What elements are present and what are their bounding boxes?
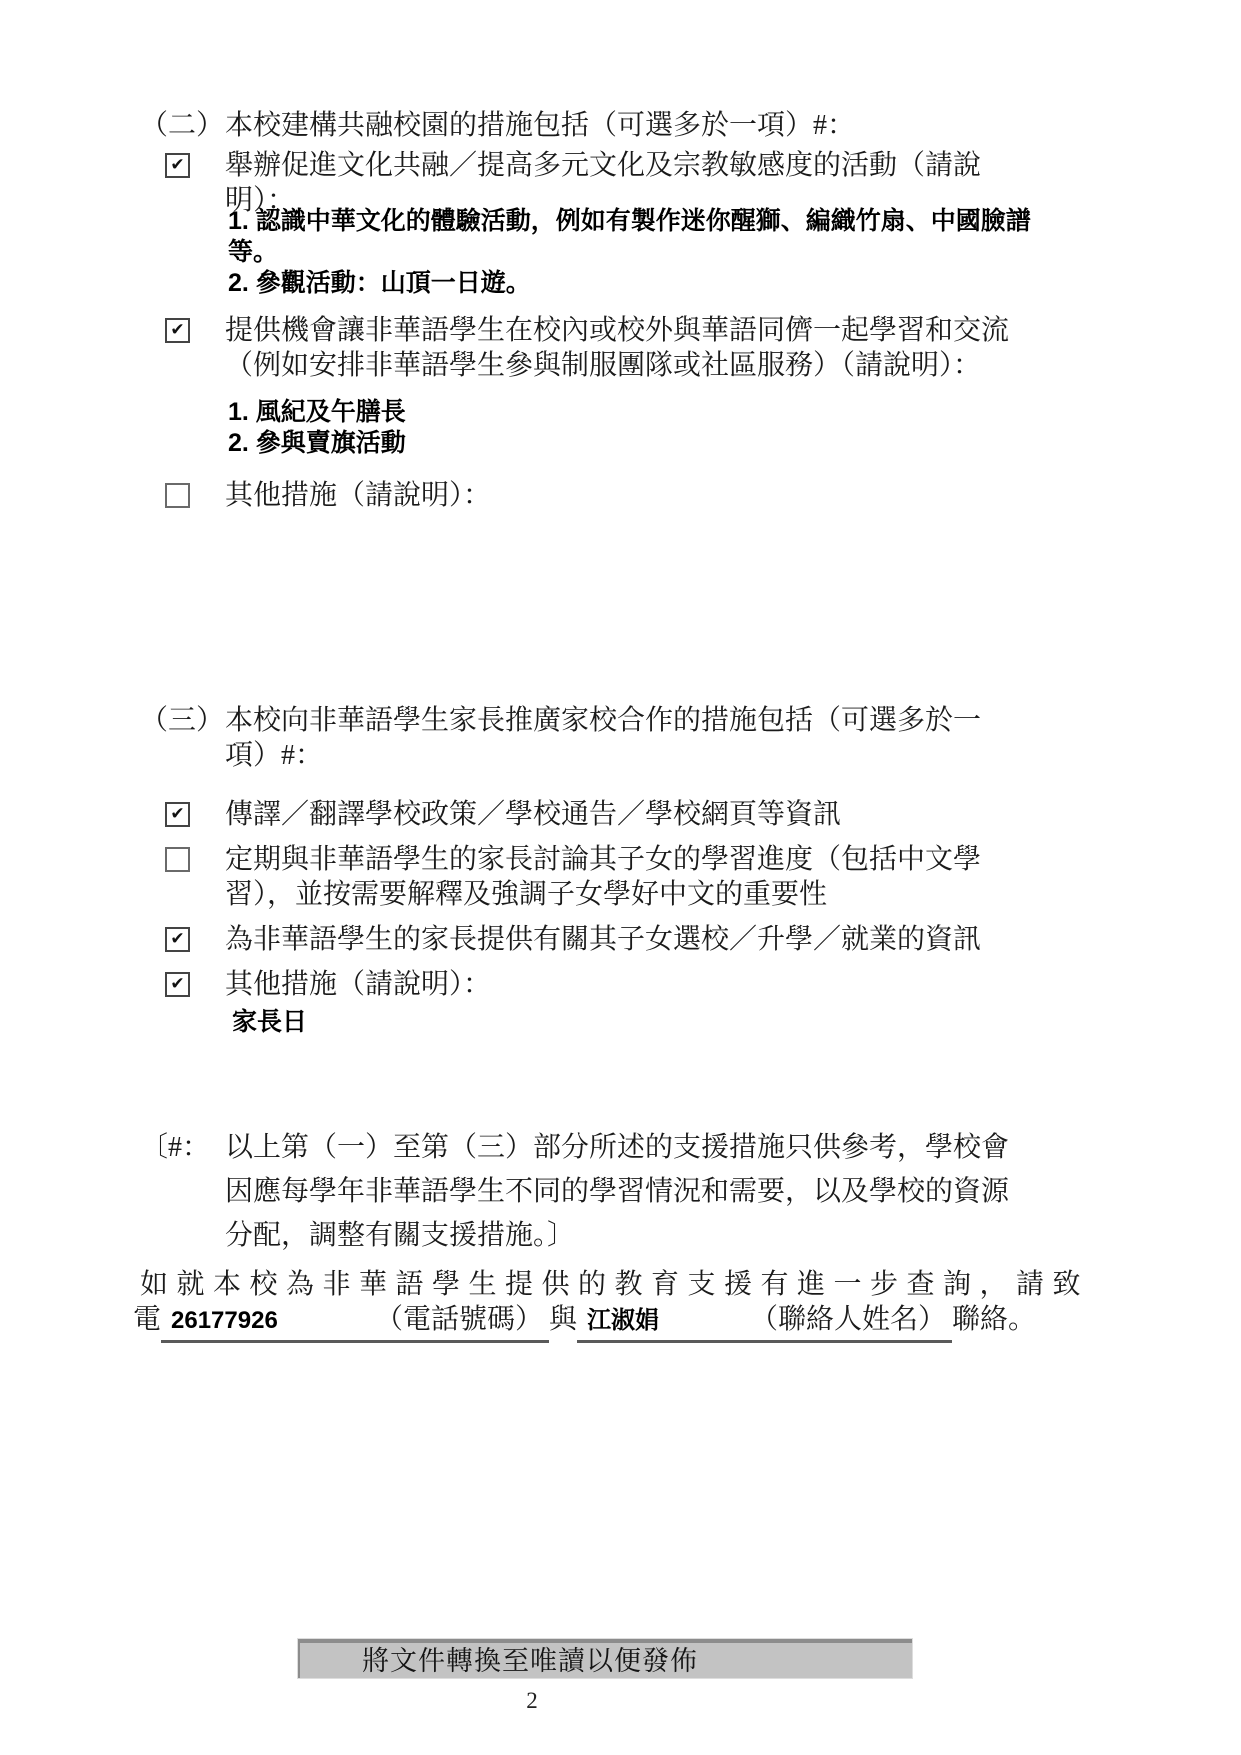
item-text: 其他措施（請說明）： bbox=[225, 967, 491, 1002]
phone-value: 26177926 bbox=[171, 1307, 278, 1335]
section-3-heading-row: （三） 本校向非華語學生家長推廣家校合作的措施包括（可選多於一 項）#： bbox=[140, 703, 1130, 773]
item-text-line: 定期與非華語學生的家長討論其子女的學習進度（包括中文學 bbox=[225, 842, 981, 877]
section-2-item-3: 其他措施（請說明）： bbox=[140, 478, 1130, 513]
phone-field[interactable]: 26177926（電話號碼） bbox=[161, 1297, 549, 1343]
contact-detail-line: 電26177926（電話號碼）與江淑娟（聯絡人姓名）聯絡。 bbox=[133, 1297, 1123, 1343]
contact-prefix: 電 bbox=[133, 1304, 161, 1335]
checkbox-progress-discussion[interactable] bbox=[165, 847, 190, 872]
answer-line: 2. 參觀活動：山頂一日遊。 bbox=[228, 268, 988, 299]
item-text: 其他措施（請說明）： bbox=[225, 478, 491, 513]
checkbox-cell: ✔ bbox=[140, 313, 225, 343]
checkbox-cell: ✔ bbox=[140, 797, 225, 827]
convert-readonly-button[interactable]: 將文件轉換至唯讀以便發佈 bbox=[297, 1638, 913, 1679]
item-text-line: 其他措施（請說明）： bbox=[225, 967, 491, 1002]
item-text-line: 傳譯／翻譯學校政策／學校通告／學校網頁等資訊 bbox=[225, 797, 841, 832]
footnote-line: 以上第（一）至第（三）部分所述的支援措施只供參考，學校會 bbox=[225, 1126, 1009, 1170]
contact-intro: 如就本校為非華語學生提供的教育支援有進一步查詢，請致 bbox=[140, 1262, 1130, 1302]
checkbox-translation[interactable]: ✔ bbox=[165, 802, 190, 827]
item-text-line: 為非華語學生的家長提供有關其子女選校／升學／就業的資訊 bbox=[225, 922, 981, 957]
document-page: （二） 本校建構共融校園的措施包括（可選多於一項）#： ✔ 舉辦促進文化共融／提… bbox=[0, 0, 1241, 1755]
item-text-line: 舉辦促進文化共融／提高多元文化及宗教敏感度的活動（請說 bbox=[225, 148, 981, 183]
checkbox-cell: ✔ bbox=[140, 922, 225, 952]
section-3-item-4: ✔ 其他措施（請說明）： bbox=[140, 967, 1130, 1002]
phone-field-label: （電話號碼） bbox=[375, 1297, 543, 1337]
item-text-line: 提供機會讓非華語學生在校內或校外與華語同儕一起學習和交流 bbox=[225, 313, 1009, 348]
checkmark-icon: ✔ bbox=[170, 322, 184, 339]
item-1-answers: 1. 認識中華文化的體驗活動，例如有製作迷你醒獅、編織竹扇、中國臉譜 等。 2.… bbox=[228, 206, 988, 299]
contact-connector: 與 bbox=[549, 1304, 577, 1335]
contact-name-value: 江淑娟 bbox=[587, 1300, 659, 1335]
section-2-item-2: ✔ 提供機會讓非華語學生在校內或校外與華語同儕一起學習和交流 （例如安排非華語學… bbox=[140, 313, 1130, 383]
checkbox-school-career-info[interactable]: ✔ bbox=[165, 927, 190, 952]
checkmark-icon: ✔ bbox=[170, 806, 184, 823]
item-text: 為非華語學生的家長提供有關其子女選校／升學／就業的資訊 bbox=[225, 922, 981, 957]
section-3-item-1: ✔ 傳譯／翻譯學校政策／學校通告／學校網頁等資訊 bbox=[140, 797, 1130, 832]
checkmark-icon: ✔ bbox=[170, 157, 184, 174]
checkmark-icon: ✔ bbox=[170, 931, 184, 948]
footnote-line: 分配，調整有關支援措施。〕 bbox=[225, 1214, 1009, 1258]
answer-line: 2. 參與賣旗活動 bbox=[228, 428, 988, 459]
answer-line: 1. 認識中華文化的體驗活動，例如有製作迷你醒獅、編織竹扇、中國臉譜 bbox=[228, 206, 988, 237]
item-text: 定期與非華語學生的家長討論其子女的學習進度（包括中文學 習），並按需要解釋及強調… bbox=[225, 842, 981, 912]
checkbox-cell: ✔ bbox=[140, 967, 225, 997]
contact-name-field[interactable]: 江淑娟（聯絡人姓名） bbox=[577, 1297, 952, 1343]
item-4-answer: 家長日 bbox=[232, 1007, 932, 1038]
section-2-heading-row: （二） 本校建構共融校園的措施包括（可選多於一項）#： bbox=[140, 108, 1130, 143]
item-text-line: 其他措施（請說明）： bbox=[225, 478, 491, 513]
checkbox-cell: ✔ bbox=[140, 148, 225, 178]
section-3-item-3: ✔ 為非華語學生的家長提供有關其子女選校／升學／就業的資訊 bbox=[140, 922, 1130, 957]
item-2-answers: 1. 風紀及午膳長 2. 參與賣旗活動 bbox=[228, 397, 988, 459]
checkbox-cell bbox=[140, 842, 225, 872]
answer-line: 1. 風紀及午膳長 bbox=[228, 397, 988, 428]
section-2-label: （二） bbox=[140, 108, 225, 143]
footnote-label: 〔#： bbox=[140, 1126, 225, 1170]
item-text-line: 習），並按需要解釋及強調子女學好中文的重要性 bbox=[225, 877, 981, 912]
checkbox-cell bbox=[140, 478, 225, 508]
section-3-heading: 本校向非華語學生家長推廣家校合作的措施包括（可選多於一 項）#： bbox=[225, 703, 981, 773]
section-2-heading: 本校建構共融校園的措施包括（可選多於一項）#： bbox=[225, 108, 855, 143]
footnote-line: 因應每學年非華語學生不同的學習情況和需要，以及學校的資源 bbox=[225, 1170, 1009, 1214]
checkbox-peer-learning[interactable]: ✔ bbox=[165, 318, 190, 343]
checkmark-icon: ✔ bbox=[170, 976, 184, 993]
heading-line: 項）#： bbox=[225, 738, 981, 773]
checkbox-other-measures-s2[interactable] bbox=[165, 483, 190, 508]
checkbox-cultural-activities[interactable]: ✔ bbox=[165, 153, 190, 178]
contact-name-field-label: （聯絡人姓名） bbox=[750, 1297, 946, 1337]
footnote: 〔#： 以上第（一）至第（三）部分所述的支援措施只供參考，學校會 因應每學年非華… bbox=[140, 1126, 1130, 1258]
section-3-item-2: 定期與非華語學生的家長討論其子女的學習進度（包括中文學 習），並按需要解釋及強調… bbox=[140, 842, 1130, 912]
checkbox-other-measures-s3[interactable]: ✔ bbox=[165, 972, 190, 997]
answer-line: 等。 bbox=[228, 237, 988, 268]
footnote-text: 以上第（一）至第（三）部分所述的支援措施只供參考，學校會 因應每學年非華語學生不… bbox=[225, 1126, 1009, 1258]
item-text-line: （例如安排非華語學生參與制服團隊或社區服務）（請說明）： bbox=[225, 348, 1009, 383]
item-text: 提供機會讓非華語學生在校內或校外與華語同儕一起學習和交流 （例如安排非華語學生參… bbox=[225, 313, 1009, 383]
contact-suffix: 聯絡。 bbox=[952, 1304, 1036, 1335]
answer-line: 家長日 bbox=[232, 1007, 932, 1038]
heading-line: 本校向非華語學生家長推廣家校合作的措施包括（可選多於一 bbox=[225, 703, 981, 738]
section-3-label: （三） bbox=[140, 703, 225, 738]
item-text: 傳譯／翻譯學校政策／學校通告／學校網頁等資訊 bbox=[225, 797, 841, 832]
page-number: 2 bbox=[297, 1688, 767, 1714]
